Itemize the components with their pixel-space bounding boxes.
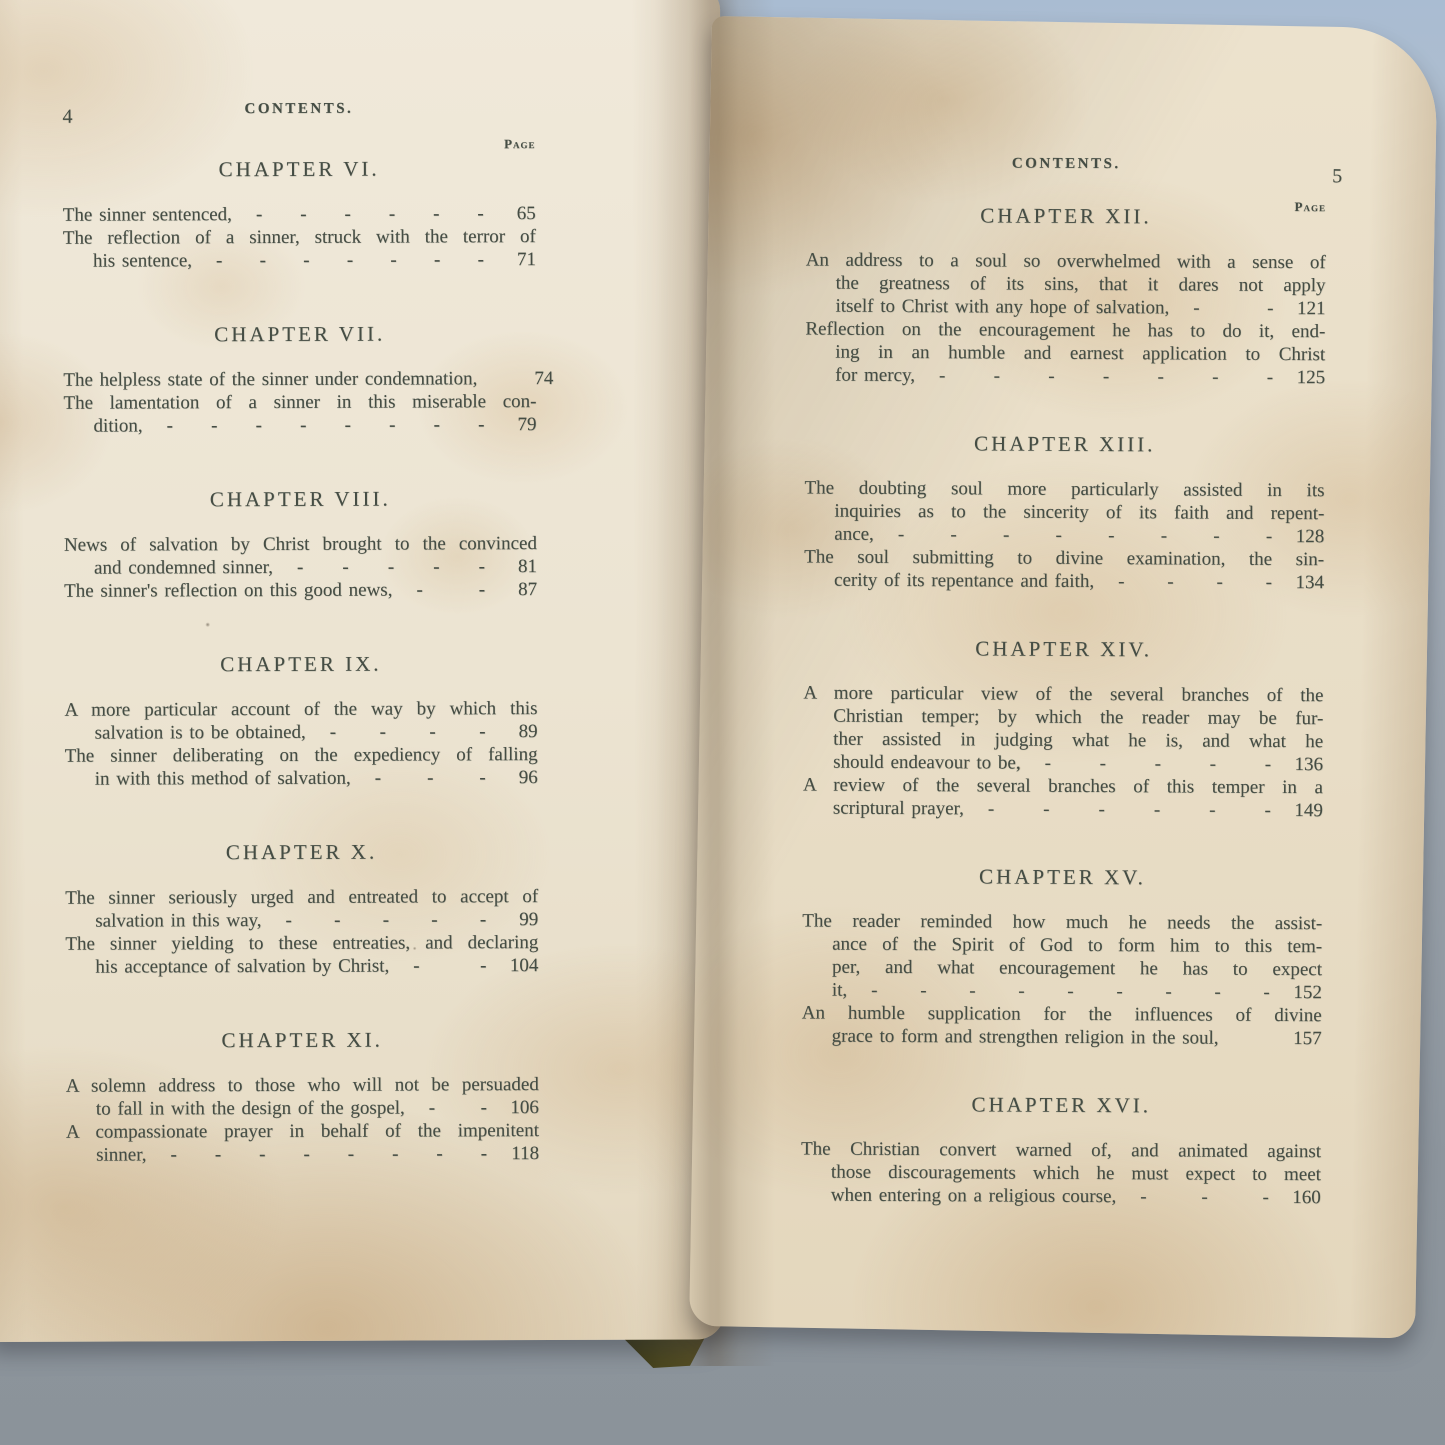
toc-line: ance of the Spirit of God to form him to… (802, 932, 1322, 958)
dash: - (480, 954, 486, 977)
toc-line: The soul submitting to divine examinatio… (804, 545, 1324, 571)
dash: - (303, 1143, 309, 1166)
dash-leader: -- (405, 1096, 503, 1119)
toc-line-text: The Christian convert warned of, and ani… (801, 1138, 1321, 1162)
toc-entry: The helpless state of the sinner under c… (63, 367, 536, 392)
chapter-heading: CHAPTER XV. (802, 863, 1322, 890)
dash: - (427, 766, 433, 789)
toc-line: The sinner deliberating on the expedienc… (65, 743, 538, 768)
toc-line: it,---------152 (802, 978, 1322, 1004)
toc-line: The lamentation of a sinner in this mise… (63, 390, 536, 415)
dash: - (1210, 753, 1216, 776)
dash-leader: --- (1116, 1185, 1285, 1209)
dash: - (330, 721, 336, 744)
entry-page-number: 96 (502, 766, 538, 789)
dash-leader: --------- (847, 979, 1286, 1004)
dash: - (433, 202, 439, 225)
toc-line-text: should endeavour to be, (833, 751, 1021, 775)
toc-entry: The sinner yielding to these entreaties,… (65, 931, 538, 979)
dash: - (1155, 752, 1161, 775)
dash: - (1266, 571, 1272, 594)
page-column-label: Page (63, 136, 536, 154)
toc-line-text: for mercy, (835, 364, 915, 387)
toc-entry: A compassionate prayer in behalf of the … (66, 1119, 539, 1167)
dash: - (431, 908, 437, 931)
toc-line-text: A more particular account of the way by … (64, 698, 537, 721)
dash-leader: --- (351, 766, 502, 790)
dash: - (436, 1142, 442, 1165)
dash: - (939, 364, 945, 387)
dash: - (260, 249, 266, 272)
entry-page-number: 160 (1285, 1186, 1321, 1209)
dash: - (477, 202, 483, 225)
toc-line-text: cerity of its repentance and faith, (834, 569, 1094, 593)
dash: - (1263, 981, 1269, 1004)
dash: - (375, 767, 381, 790)
entry-page-number: 128 (1288, 525, 1324, 548)
toc-entry: A more particular account of the way by … (64, 697, 537, 745)
toc-line-text: Reflection on the encouragement he has t… (805, 318, 1325, 342)
toc-line: grace to form and strengthen religion in… (802, 1024, 1322, 1050)
toc-line: The Christian convert warned of, and ani… (801, 1137, 1321, 1163)
contents-header: CONTENTS. (62, 100, 535, 119)
dash-leader: -------- (146, 1142, 503, 1166)
chapter-section: CHAPTER VII.The helpless state of the si… (63, 321, 536, 438)
toc-line-text: scriptural prayer, (833, 797, 964, 821)
dash-leader: -------- (874, 523, 1289, 548)
toc-entry: An address to a soul so overwhelmed with… (805, 248, 1325, 320)
toc-line: for mercy,-------125 (805, 363, 1325, 389)
toc-line-text: The soul submitting to divine examinatio… (804, 546, 1324, 570)
entry-page-number: 81 (501, 555, 537, 578)
chapter-heading: CHAPTER IX. (64, 651, 537, 677)
dash: - (898, 523, 904, 546)
dash: - (1018, 980, 1024, 1003)
dash: - (479, 720, 485, 743)
toc-line: A review of the several branches of this… (803, 773, 1323, 799)
dash: - (969, 979, 975, 1002)
entry-page-number: 134 (1288, 571, 1324, 594)
chapter-heading: CHAPTER XIII. (805, 430, 1325, 457)
dash: - (1045, 752, 1051, 775)
dash: - (170, 1143, 176, 1166)
toc-line-text: A more particular view of the several br… (803, 682, 1323, 706)
entry-page-number: 99 (502, 908, 538, 931)
dash: - (347, 249, 353, 272)
dash: - (285, 909, 291, 932)
dash-leader: ------- (915, 364, 1289, 389)
dash: - (1266, 525, 1272, 548)
dash: - (300, 203, 306, 226)
dash: - (1193, 297, 1199, 320)
toc-entry: The soul submitting to divine examinatio… (804, 545, 1324, 594)
dash-leader: ------ (232, 202, 500, 226)
dash-leader: -- (392, 578, 501, 601)
dash: - (481, 1142, 487, 1165)
dash: - (390, 249, 396, 272)
toc-line-text: ance of the Spirit of God to form him to… (832, 934, 1322, 958)
dash-leader: ---- (1094, 570, 1288, 594)
dash: - (1056, 524, 1062, 547)
toc-entry: The sinner deliberating on the expedienc… (65, 743, 538, 791)
book-photo: 4 CONTENTS. Page CHAPTER VI.The sinner s… (0, 0, 1445, 1445)
toc-line-text: The sinner yielding to these entreaties,… (65, 932, 538, 955)
right-page: 5 CONTENTS. Page CHAPTER XII.An address … (689, 16, 1438, 1338)
dash: - (1167, 570, 1173, 593)
dash: - (1201, 1186, 1207, 1209)
toc-line: those discouragements which he must expe… (801, 1160, 1321, 1186)
left-page-sections: CHAPTER VI.The sinner sentenced,------65… (63, 156, 540, 1167)
dash: - (1103, 365, 1109, 388)
toc-line: The doubting soul more particularly assi… (804, 476, 1324, 502)
dash: - (256, 414, 262, 437)
chapter-section: CHAPTER XVI.The Christian convert warned… (801, 1091, 1322, 1209)
dash: - (480, 908, 486, 931)
dash: - (300, 414, 306, 437)
toc-line-text: itself to Christ with any hope of salvat… (835, 295, 1169, 320)
toc-line-text: to fall in with the design of the gospel… (96, 1097, 405, 1121)
toc-line: should endeavour to be,-----136 (803, 750, 1323, 776)
toc-line: sinner,--------118 (66, 1142, 539, 1167)
entry-page-number: 89 (502, 720, 538, 743)
dash: - (259, 1143, 265, 1166)
dash: - (416, 578, 422, 601)
toc-line: when entering on a religious course,---1… (801, 1183, 1321, 1209)
contents-header: CONTENTS. (806, 154, 1326, 174)
chapter-section: CHAPTER IX.A more particular account of … (64, 651, 537, 791)
dash: - (1267, 297, 1273, 320)
toc-line-text: when entering on a religious course, (831, 1184, 1117, 1208)
toc-line: Christian temper; by which the reader ma… (803, 704, 1323, 730)
toc-line: The sinner's reflection on this good new… (64, 578, 537, 603)
toc-line-text: ther assisted in judging what he is, and… (833, 729, 1323, 753)
dash: - (871, 979, 877, 1002)
dash: - (216, 249, 222, 272)
dash-leader: ------- (192, 248, 500, 272)
dash: - (434, 248, 440, 271)
chapter-heading: CHAPTER VIII. (64, 486, 537, 512)
toc-line-text: per, and what encouragement he has to ex… (832, 957, 1322, 981)
dash: - (1161, 524, 1167, 547)
toc-entry: The reader reminded how much he needs th… (802, 909, 1322, 1004)
toc-line: cerity of its repentance and faith,----1… (804, 568, 1324, 594)
chapter-heading: CHAPTER XIV. (804, 635, 1324, 662)
toc-line: dition,--------79 (63, 413, 536, 438)
dash: - (1212, 366, 1218, 389)
toc-line-text: and condemned sinner, (94, 556, 273, 580)
chapter-section: CHAPTER XII.An address to a soul so over… (805, 202, 1326, 389)
dash: - (211, 414, 217, 437)
dash-leader: ----- (273, 555, 501, 579)
dash: - (433, 555, 439, 578)
dash: - (1216, 571, 1222, 594)
entry-page-number: 65 (500, 202, 536, 225)
dash: - (1165, 980, 1171, 1003)
toc-line-text: A review of the several branches of this… (803, 774, 1323, 798)
toc-line: News of salvation by Christ brought to t… (64, 532, 537, 557)
dash: - (348, 1143, 354, 1166)
dash: - (1262, 1186, 1268, 1209)
chapter-section: CHAPTER XV.The reader reminded how much … (802, 863, 1323, 1050)
toc-line-text: The sinner deliberating on the expedienc… (65, 744, 538, 767)
toc-line: The sinner yielding to these entreaties,… (65, 931, 538, 956)
dash: - (479, 766, 485, 789)
dash: - (478, 413, 484, 436)
dash: - (988, 797, 994, 820)
toc-line-text: News of salvation by Christ brought to t… (64, 533, 537, 556)
toc-line-text: An humble supplication for the influence… (802, 1002, 1322, 1026)
entry-page-number: 121 (1289, 297, 1325, 320)
toc-line: The reader reminded how much he needs th… (802, 909, 1322, 935)
toc-line: The reflection of a sinner, struck with … (63, 225, 536, 250)
dash: - (1154, 798, 1160, 821)
dash-leader: -- (389, 954, 502, 977)
toc-line: A more particular view of the several br… (803, 681, 1323, 707)
toc-line-text: Christian temper; by which the reader ma… (833, 706, 1323, 730)
toc-line: A solemn address to those who will not b… (66, 1073, 539, 1098)
toc-line-text: those discouragements which he must expe… (831, 1162, 1321, 1186)
toc-line: ing in an humble and earnest application… (805, 340, 1325, 366)
toc-line-text: The sinner's reflection on this good new… (64, 579, 392, 603)
toc-line: itself to Christ with any hope of salvat… (805, 294, 1325, 320)
toc-line-text: The helpless state of the sinner under c… (63, 367, 477, 391)
toc-line: his acceptance of salvation by Christ,--… (65, 954, 538, 979)
chapter-section: CHAPTER XIV.A more particular view of th… (803, 635, 1324, 822)
chapter-heading: CHAPTER VII. (63, 321, 536, 347)
toc-entry: A more particular view of the several br… (803, 681, 1323, 776)
toc-entry: The sinner sentenced,------65 (63, 202, 536, 227)
toc-entry: The doubting soul more particularly assi… (804, 476, 1324, 548)
dash: - (392, 1143, 398, 1166)
toc-line: inquiries as to the sincerity of its fai… (804, 499, 1324, 525)
toc-line: The sinner sentenced,------65 (63, 202, 536, 227)
dash: - (344, 203, 350, 226)
entry-page-number: 106 (503, 1096, 539, 1119)
toc-entry: The sinner's reflection on this good new… (64, 578, 537, 603)
chapter-section: CHAPTER VIII.News of salvation by Christ… (64, 486, 537, 603)
toc-line-text: inquiries as to the sincerity of its fai… (834, 501, 1324, 525)
toc-line-text: An address to a soul so overwhelmed with… (806, 249, 1326, 273)
toc-line-text: his sentence, (93, 249, 192, 272)
dash: - (1116, 980, 1122, 1003)
toc-entry: The sinner seriously urged and entreated… (65, 885, 538, 933)
toc-line: ther assisted in judging what he is, and… (803, 727, 1323, 753)
dash: - (342, 556, 348, 579)
chapter-heading: CHAPTER XVI. (801, 1091, 1321, 1118)
toc-line-text: in with this method of salvation, (95, 767, 351, 791)
toc-line-text: The reflection of a sinner, struck with … (63, 226, 536, 249)
toc-line-text: grace to form and strengthen religion in… (832, 1025, 1219, 1050)
dash: - (1157, 365, 1163, 388)
entry-page-number: 149 (1287, 799, 1323, 822)
dash: - (1100, 752, 1106, 775)
toc-line-text: salvation is to be obtained, (95, 721, 306, 745)
toc-line-text: The sinner sentenced, (63, 203, 232, 227)
entry-page-number: 152 (1286, 981, 1322, 1004)
toc-entry: News of salvation by Christ brought to t… (64, 532, 537, 580)
dash: - (1048, 365, 1054, 388)
toc-line: and condemned sinner,-----81 (64, 555, 537, 580)
toc-line-text: dition, (93, 414, 142, 437)
dash: - (303, 249, 309, 272)
chapter-section: CHAPTER VI.The sinner sentenced,------65… (63, 156, 536, 273)
dash: - (1118, 570, 1124, 593)
dash: - (215, 1143, 221, 1166)
toc-entry: A solemn address to those who will not b… (66, 1073, 539, 1121)
entry-page-number: 118 (503, 1142, 539, 1165)
dash: - (1003, 524, 1009, 547)
right-page-sections: CHAPTER XII.An address to a soul so over… (801, 202, 1326, 1209)
toc-line: in with this method of salvation,---96 (65, 766, 538, 791)
page-number: 5 (1332, 165, 1342, 188)
dash: - (167, 414, 173, 437)
chapter-heading: CHAPTER XI. (66, 1027, 539, 1053)
toc-entry: An humble supplication for the influence… (802, 1001, 1322, 1050)
toc-line-text: The reader reminded how much he needs th… (802, 910, 1322, 934)
dash-leader: -- (1169, 296, 1289, 320)
toc-line-text: salvation in this way, (95, 909, 261, 933)
dash: - (481, 1096, 487, 1119)
dash: - (920, 979, 926, 1002)
dash: - (380, 721, 386, 744)
toc-line: Reflection on the encouragement he has t… (805, 317, 1325, 343)
toc-line-text: it, (832, 979, 847, 1002)
dash: - (256, 203, 262, 226)
entry-page-number: 71 (500, 248, 536, 271)
toc-line: per, and what encouragement he has to ex… (802, 955, 1322, 981)
toc-entry: Reflection on the encouragement he has t… (805, 317, 1325, 389)
entry-page-number: 87 (501, 578, 537, 601)
toc-line: his sentence,-------71 (63, 248, 536, 273)
toc-line: A more particular account of the way by … (64, 697, 537, 722)
toc-line-text: the greatness of its sins, that it dares… (836, 273, 1326, 297)
left-page: 4 CONTENTS. Page CHAPTER VI.The sinner s… (0, 0, 725, 1342)
toc-line-text: The lamentation of a sinner in this mise… (63, 391, 536, 414)
dash: - (429, 1096, 435, 1119)
chapter-heading: CHAPTER X. (65, 839, 538, 865)
toc-line-text: ing in an humble and earnest application… (835, 342, 1325, 366)
toc-entry: The Christian convert warned of, and ani… (801, 1137, 1321, 1209)
toc-line: scriptural prayer,------149 (803, 796, 1323, 822)
toc-line: salvation in this way,-----99 (65, 908, 538, 933)
dash: - (478, 248, 484, 271)
toc-line-text: his acceptance of salvation by Christ, (95, 955, 389, 979)
toc-entry: The lamentation of a sinner in this mise… (63, 390, 536, 438)
chapter-heading: CHAPTER XII. (806, 202, 1326, 229)
dash: - (1209, 799, 1215, 822)
dash: - (1213, 525, 1219, 548)
toc-line: The helpless state of the sinner under c… (63, 367, 536, 392)
dash-leader: ----- (1021, 752, 1288, 776)
dash: - (389, 203, 395, 226)
toc-entry: A review of the several branches of this… (803, 773, 1323, 822)
toc-line-text: A compassionate prayer in behalf of the … (66, 1120, 539, 1143)
dash: - (1214, 981, 1220, 1004)
dash-leader: ---- (306, 720, 502, 744)
toc-line: ance,--------128 (804, 522, 1324, 548)
dash: - (1108, 524, 1114, 547)
dash: - (1067, 980, 1073, 1003)
entry-page-number: 136 (1287, 753, 1323, 776)
toc-line: The sinner seriously urged and entreated… (65, 885, 538, 910)
dash: - (383, 909, 389, 932)
toc-line-text: sinner, (96, 1143, 147, 1166)
dash: - (1140, 1185, 1146, 1208)
dash: - (345, 414, 351, 437)
dash: - (479, 578, 485, 601)
toc-line: salvation is to be obtained,----89 (65, 720, 538, 745)
dash-leader: ----- (261, 908, 502, 932)
dash: - (1265, 753, 1271, 776)
toc-line-text: ance, (834, 523, 874, 546)
toc-line-text: A solemn address to those who will not b… (66, 1074, 539, 1097)
toc-line: the greatness of its sins, that it dares… (806, 271, 1326, 297)
dash: - (1043, 798, 1049, 821)
toc-entry: The reflection of a sinner, struck with … (63, 225, 536, 273)
dash: - (413, 954, 419, 977)
toc-line: A compassionate prayer in behalf of the … (66, 1119, 539, 1144)
dash: - (994, 364, 1000, 387)
toc-line: to fall in with the design of the gospel… (66, 1096, 539, 1121)
dash: - (950, 523, 956, 546)
chapter-section: CHAPTER XI.A solemn address to those who… (66, 1027, 539, 1167)
dash: - (434, 413, 440, 436)
dash: - (1098, 798, 1104, 821)
dash: - (389, 414, 395, 437)
entry-page-number: 157 (1286, 1027, 1322, 1050)
dash: - (1267, 366, 1273, 389)
dash: - (1264, 799, 1270, 822)
toc-line: An humble supplication for the influence… (802, 1001, 1322, 1027)
dash: - (388, 556, 394, 579)
toc-line-text: The sinner seriously urged and entreated… (65, 886, 538, 909)
entry-page-number: 74 (517, 367, 553, 390)
dash: - (297, 556, 303, 579)
dash: - (429, 720, 435, 743)
dash: - (479, 555, 485, 578)
chapter-heading: CHAPTER VI. (63, 156, 536, 182)
dash-leader: -------- (143, 413, 501, 437)
entry-page-number: 79 (500, 413, 536, 436)
dash-leader: ------ (964, 797, 1287, 822)
chapter-section: CHAPTER X.The sinner seriously urged and… (65, 839, 538, 979)
entry-page-number: 125 (1289, 366, 1325, 389)
entry-page-number: 104 (502, 954, 538, 977)
dash: - (334, 909, 340, 932)
toc-line: An address to a soul so overwhelmed with… (806, 248, 1326, 274)
chapter-section: CHAPTER XIII.The doubting soul more part… (804, 430, 1325, 594)
toc-line-text: The doubting soul more particularly assi… (804, 477, 1324, 501)
